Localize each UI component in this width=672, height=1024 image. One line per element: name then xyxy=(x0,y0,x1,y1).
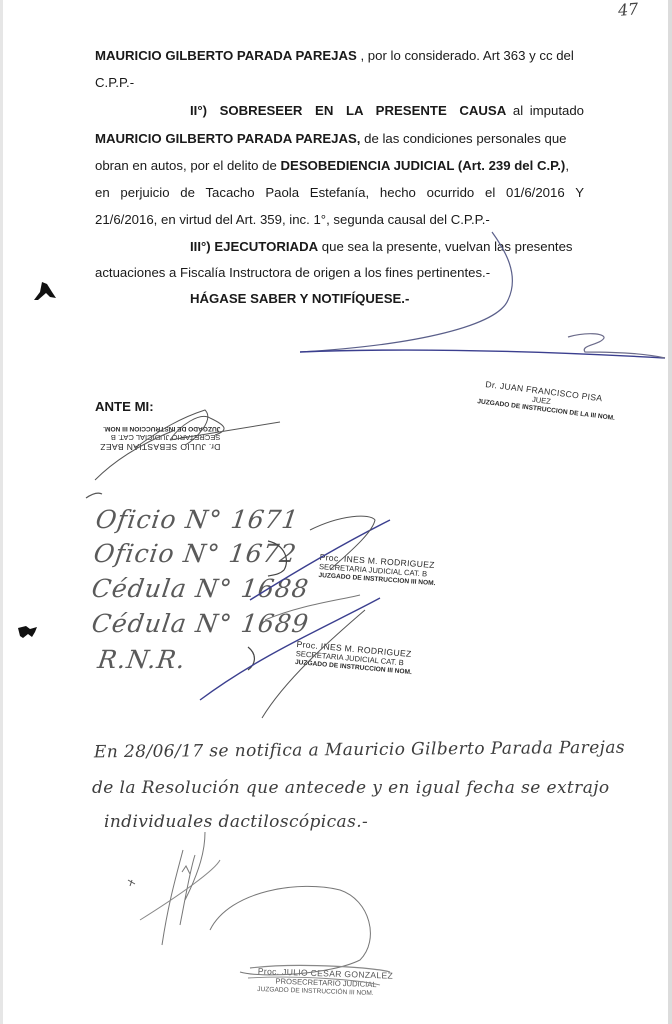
defendant-name: MAURICIO GILBERTO PARADA PAREJAS xyxy=(95,48,357,63)
secretary-stamp-1: Proc. INES M. RODRIGUEZ SECRETARIA JUDIC… xyxy=(318,553,437,587)
secretary-stamp-2: Proc. INES M. RODRIGUEZ SECRETARIA JUDIC… xyxy=(295,640,414,676)
closing-statement: HÁGASE SABER Y NOTIFÍQUESE.- xyxy=(190,290,409,308)
judge-stamp: Dr. JUAN FRANCISCO PISA JUEZ JUZGADO DE … xyxy=(483,380,618,422)
page-edge-left xyxy=(0,0,3,1024)
heading-tail: al imputado xyxy=(506,103,584,118)
line-text: obran en autos, por el delito de xyxy=(95,158,281,173)
closing-text: HÁGASE SABER Y NOTIFÍQUESE.- xyxy=(190,291,409,306)
stamp-name: Dr. JULIO SEBASTIAN BAEZ xyxy=(100,441,220,451)
line-end: , xyxy=(565,158,569,173)
paragraph-3-heading: III°) EJECUTORIADA que sea la presente, … xyxy=(190,238,573,256)
resolution-ii-heading: II°) SOBRESEER EN LA PRESENTE CAUSA xyxy=(190,103,506,118)
paragraph-3-line-2: actuaciones a Fiscalía Instructora de or… xyxy=(95,264,490,282)
prosecretary-signature-icon xyxy=(162,850,183,945)
paragraph-2-line-3: obran en autos, por el delito de DESOBED… xyxy=(95,157,569,175)
paragraph-2-line-5: 21/6/2016, en virtud del Art. 359, inc. … xyxy=(95,211,490,229)
stamp-role: SECRETARIO JUDICIAL CAT. B xyxy=(100,433,220,442)
handwritten-notification-line-2: de la Resolución que antecede y en igual… xyxy=(92,778,610,798)
resolution-iii-heading: III°) EJECUTORIADA xyxy=(190,239,318,254)
brace-icon xyxy=(248,647,254,670)
handwritten-notification-line-3: individuales dactiloscópicas.- xyxy=(104,812,368,832)
paragraph-1-text: , por lo considerado. Art 363 y cc del xyxy=(357,48,574,63)
secretary-stamp-inverted: Dr. JULIO SEBASTIAN BAEZ SECRETARIO JUDI… xyxy=(100,425,220,451)
handwritten-record-2: Oficio N° 1672 xyxy=(92,539,299,568)
paragraph-2-heading: II°) SOBRESEER EN LA PRESENTE CAUSA al i… xyxy=(190,102,584,120)
offense-label: DESOBEDIENCIA JUDICIAL (Art. 239 del C.P… xyxy=(281,158,566,173)
line-text: de las condiciones personales que xyxy=(360,131,566,146)
page-edge-right xyxy=(668,0,672,1024)
ante-mi-text: ANTE MI: xyxy=(95,399,154,414)
stamp-court: JUZGADO DE INSTRUCCION III NOM. xyxy=(100,425,220,433)
handwritten-notification-line-1: En 28/06/17 se notifica a Mauricio Gilbe… xyxy=(94,738,625,763)
paragraph-1-line-1: MAURICIO GILBERTO PARADA PAREJAS , por l… xyxy=(95,47,574,65)
paragraph-2-line-2: MAURICIO GILBERTO PARADA PAREJAS, de las… xyxy=(95,130,584,148)
ink-blot-icon xyxy=(30,278,60,304)
paragraph-1-line-2: C.P.P.- xyxy=(95,74,134,92)
handwritten-record-5: R.N.R. xyxy=(96,645,188,674)
folio-number: 47 xyxy=(617,0,639,20)
paragraph-2-line-4: en perjuicio de Tacacho Paola Estefanía,… xyxy=(95,184,584,202)
heading-tail: que sea la presente, vuelvan las present… xyxy=(318,239,572,254)
prosecretary-stamp: Proc. JULIO CESAR GONZALEZ PROSECRETARIO… xyxy=(257,967,393,998)
handwritten-record-1: Oficio N° 1671 xyxy=(94,505,301,534)
defendant-name-2: MAURICIO GILBERTO PARADA PAREJAS, xyxy=(95,131,360,146)
handwritten-record-3: Cédula N° 1688 xyxy=(90,574,311,603)
handwritten-record-4: Cédula N° 1689 xyxy=(90,609,311,638)
ink-blot-icon xyxy=(16,624,40,642)
ante-mi-label: ANTE MI: xyxy=(95,398,154,416)
